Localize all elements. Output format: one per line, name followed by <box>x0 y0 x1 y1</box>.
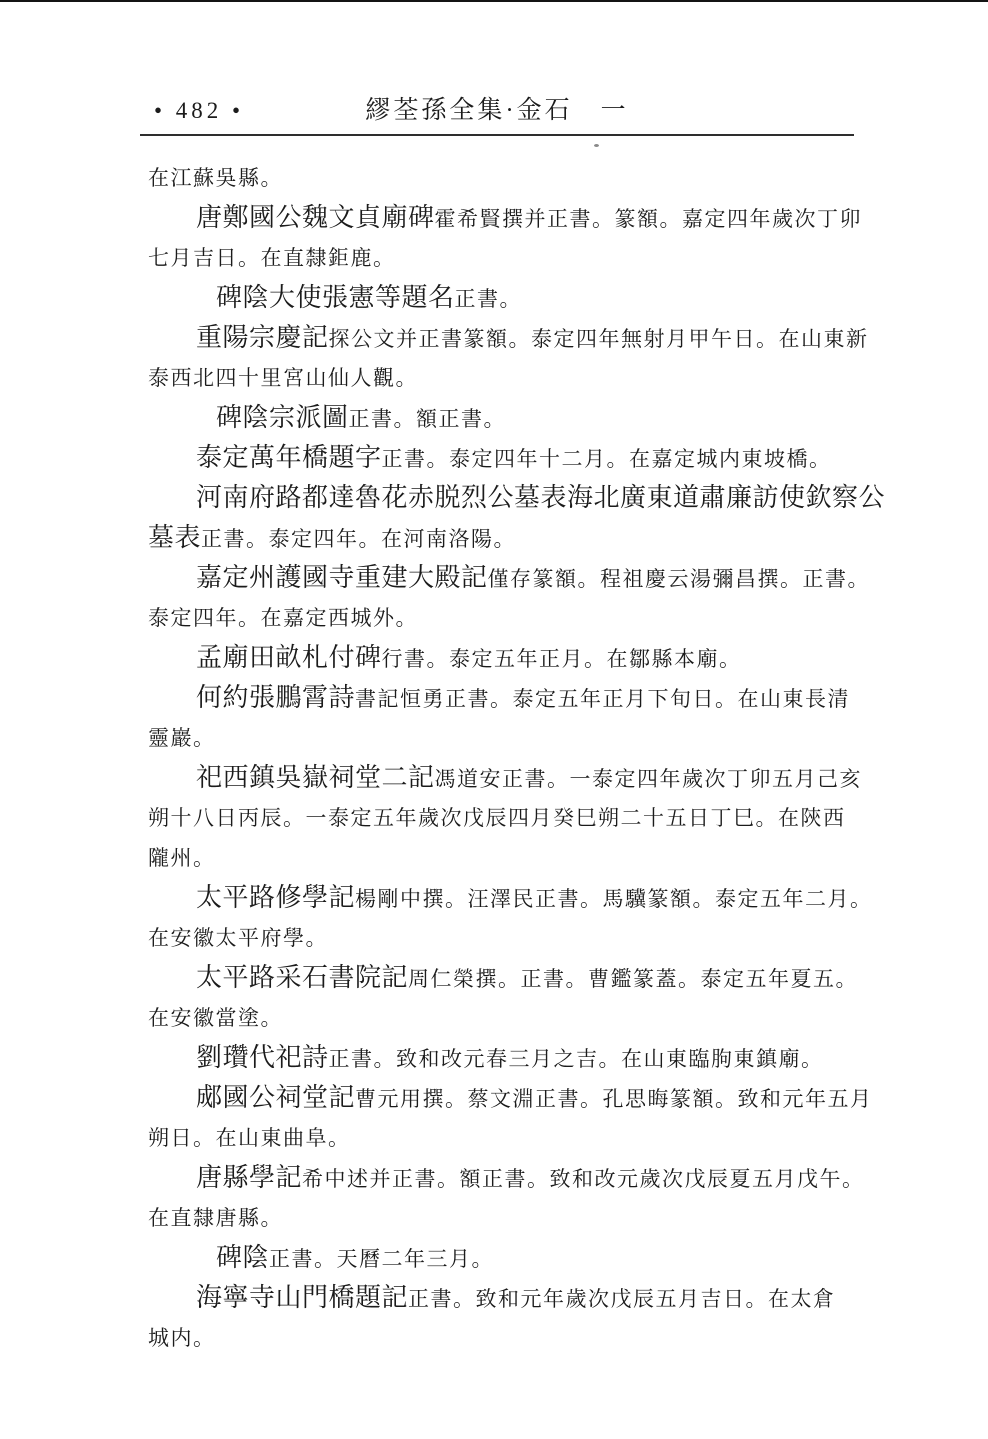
annotation-text: 朔日。在山東曲阜。 <box>148 1126 351 1150</box>
text-line: 何約張鵬霄詩書記恒勇正書。泰定五年正月下旬日。在山東長清 <box>148 678 888 718</box>
text-line: 城内。 <box>148 1318 888 1358</box>
entry-title: 泰定萬年橋題字 <box>196 443 382 472</box>
text-line: 在安徽太平府學。 <box>148 918 888 958</box>
entry-title: 墓表 <box>148 523 201 552</box>
entry-title: 孟廟田畝札付碑 <box>196 643 382 672</box>
text-line: 七月吉日。在直隸鉅鹿。 <box>148 238 888 278</box>
annotation-text: 僅存篆額。程祖慶云湯彌昌撰。正書。 <box>488 567 871 591</box>
entry-title: 嘉定州護國寺重建大殿記 <box>196 563 488 592</box>
text-line: 孟廟田畝札付碑行書。泰定五年正月。在鄒縣本廟。 <box>148 638 888 678</box>
text-line: 劉瓚代祀詩正書。致和改元春三月之吉。在山東臨朐東鎮廟。 <box>148 1038 888 1078</box>
annotation-text: 正書。 <box>455 287 523 311</box>
book-title: 繆荃孫全集·金石 一 <box>365 90 628 126</box>
entry-title: 碑陰大使張憲等題名 <box>216 283 455 312</box>
annotation-text: 書記恒勇正書。泰定五年正月下旬日。在山東長清 <box>355 687 850 711</box>
page-number: • 482 • <box>154 98 244 124</box>
annotation-text: 泰西北四十里宮山仙人觀。 <box>148 366 418 390</box>
annotation-text: 七月吉日。在直隸鉅鹿。 <box>148 246 396 270</box>
text-line: 碑陰宗派圖正書。額正書。 <box>148 398 888 438</box>
annotation-text: 正書。泰定四年十二月。在嘉定城内東坡橋。 <box>382 447 832 471</box>
text-line: 靈巖。 <box>148 718 888 758</box>
text-line: 朔日。在山東曲阜。 <box>148 1118 888 1158</box>
text-line: 嘉定州護國寺重建大殿記僅存篆額。程祖慶云湯彌昌撰。正書。 <box>148 558 888 598</box>
annotation-text: 行書。泰定五年正月。在鄒縣本廟。 <box>382 647 742 671</box>
entry-title: 太平路修學記 <box>196 883 355 912</box>
entry-title: 唐鄭國公魏文貞廟碑 <box>196 203 435 232</box>
text-line: 碑陰大使張憲等題名正書。 <box>148 278 888 318</box>
entry-title: 唐縣學記 <box>196 1163 302 1192</box>
text-line: 太平路采石書院記周仁榮撰。正書。曹鑑篆蓋。泰定五年夏五。 <box>148 958 888 998</box>
text-line: 太平路修學記楊剛中撰。汪澤民正書。馬驥篆額。泰定五年二月。 <box>148 878 888 918</box>
text-line: 在直隸唐縣。 <box>148 1198 888 1238</box>
text-line: 在江蘇吳縣。 <box>148 158 888 198</box>
annotation-text: 楊剛中撰。汪澤民正書。馬驥篆額。泰定五年二月。 <box>355 887 873 911</box>
annotation-text: 霍希賢撰并正書。篆額。嘉定四年歲次丁卯 <box>435 207 863 231</box>
annotation-text: 在安徽當塗。 <box>148 1006 283 1030</box>
annotation-text: 正書。天曆二年三月。 <box>269 1247 494 1271</box>
text-line: 重陽宗慶記探公文并正書篆額。泰定四年無射月甲午日。在山東新 <box>148 318 888 358</box>
annotation-text: 希中述并正書。額正書。致和改元歲次戊辰夏五月戊午。 <box>302 1167 865 1191</box>
text-line: 海寧寺山門橋題記正書。致和元年歲次戊辰五月吉日。在太倉 <box>148 1278 888 1318</box>
annotation-text: 在安徽太平府學。 <box>148 926 328 950</box>
scanned-book-page: • 482 • 繆荃孫全集·金石 一 在江蘇吳縣。唐鄭國公魏文貞廟碑霍希賢撰并正… <box>0 0 988 1439</box>
text-line: 碑陰正書。天曆二年三月。 <box>148 1238 888 1278</box>
entry-title: 海寧寺山門橋題記 <box>196 1283 408 1312</box>
ink-speck <box>594 144 599 147</box>
page-body-text: 在江蘇吳縣。唐鄭國公魏文貞廟碑霍希賢撰并正書。篆額。嘉定四年歲次丁卯七月吉日。在… <box>148 158 888 1358</box>
annotation-text: 探公文并正書篆額。泰定四年無射月甲午日。在山東新 <box>329 327 869 351</box>
entry-title: 祀西鎮吳嶽祠堂二記 <box>196 763 435 792</box>
annotation-text: 正書。致和改元春三月之吉。在山東臨朐東鎮廟。 <box>329 1047 824 1071</box>
entry-title: 劉瓚代祀詩 <box>196 1043 329 1072</box>
annotation-text: 在直隸唐縣。 <box>148 1206 283 1230</box>
annotation-text: 泰定四年。在嘉定西城外。 <box>148 606 418 630</box>
annotation-text: 靈巖。 <box>148 726 216 750</box>
text-line: 唐縣學記希中述并正書。額正書。致和改元歲次戊辰夏五月戊午。 <box>148 1158 888 1198</box>
text-line: 郕國公祠堂記曹元用撰。蔡文淵正書。孔思晦篆額。致和元年五月 <box>148 1078 888 1118</box>
annotation-text: 馮道安正書。一泰定四年歲次丁卯五月己亥 <box>435 767 863 791</box>
text-line: 朔十八日丙辰。一泰定五年歲次戊辰四月癸巳朔二十五日丁巳。在陝西 <box>148 798 888 838</box>
entry-title: 太平路采石書院記 <box>196 963 408 992</box>
annotation-text: 隴州。 <box>148 846 216 870</box>
text-line: 墓表正書。泰定四年。在河南洛陽。 <box>148 518 888 558</box>
entry-title: 河南府路都達魯花赤脱烈公墓表海北廣東道肅廉訪使欽察公 <box>196 483 885 512</box>
entry-title: 碑陰宗派圖 <box>216 403 349 432</box>
text-line: 泰定四年。在嘉定西城外。 <box>148 598 888 638</box>
text-line: 祀西鎮吳嶽祠堂二記馮道安正書。一泰定四年歲次丁卯五月己亥 <box>148 758 888 798</box>
entry-title: 郕國公祠堂記 <box>196 1083 355 1112</box>
annotation-text: 周仁榮撰。正書。曹鑑篆蓋。泰定五年夏五。 <box>408 967 858 991</box>
entry-title: 何約張鵬霄詩 <box>196 683 355 712</box>
text-line: 泰西北四十里宮山仙人觀。 <box>148 358 888 398</box>
text-line: 河南府路都達魯花赤脱烈公墓表海北廣東道肅廉訪使欽察公 <box>148 478 888 518</box>
annotation-text: 正書。致和元年歲次戊辰五月吉日。在太倉 <box>408 1287 836 1311</box>
text-line: 泰定萬年橋題字正書。泰定四年十二月。在嘉定城内東坡橋。 <box>148 438 888 478</box>
annotation-text: 城内。 <box>148 1326 216 1350</box>
entry-title: 重陽宗慶記 <box>196 323 329 352</box>
page-header: • 482 • 繆荃孫全集·金石 一 <box>140 88 854 136</box>
annotation-text: 正書。額正書。 <box>349 407 507 431</box>
text-line: 在安徽當塗。 <box>148 998 888 1038</box>
text-line: 隴州。 <box>148 838 888 878</box>
annotation-text: 正書。泰定四年。在河南洛陽。 <box>201 527 516 551</box>
entry-title: 碑陰 <box>216 1243 269 1272</box>
annotation-text: 朔十八日丙辰。一泰定五年歲次戊辰四月癸巳朔二十五日丁巳。在陝西 <box>148 806 846 830</box>
text-line: 唐鄭國公魏文貞廟碑霍希賢撰并正書。篆額。嘉定四年歲次丁卯 <box>148 198 888 238</box>
annotation-text: 曹元用撰。蔡文淵正書。孔思晦篆額。致和元年五月 <box>355 1087 873 1111</box>
annotation-text: 在江蘇吳縣。 <box>148 166 283 190</box>
